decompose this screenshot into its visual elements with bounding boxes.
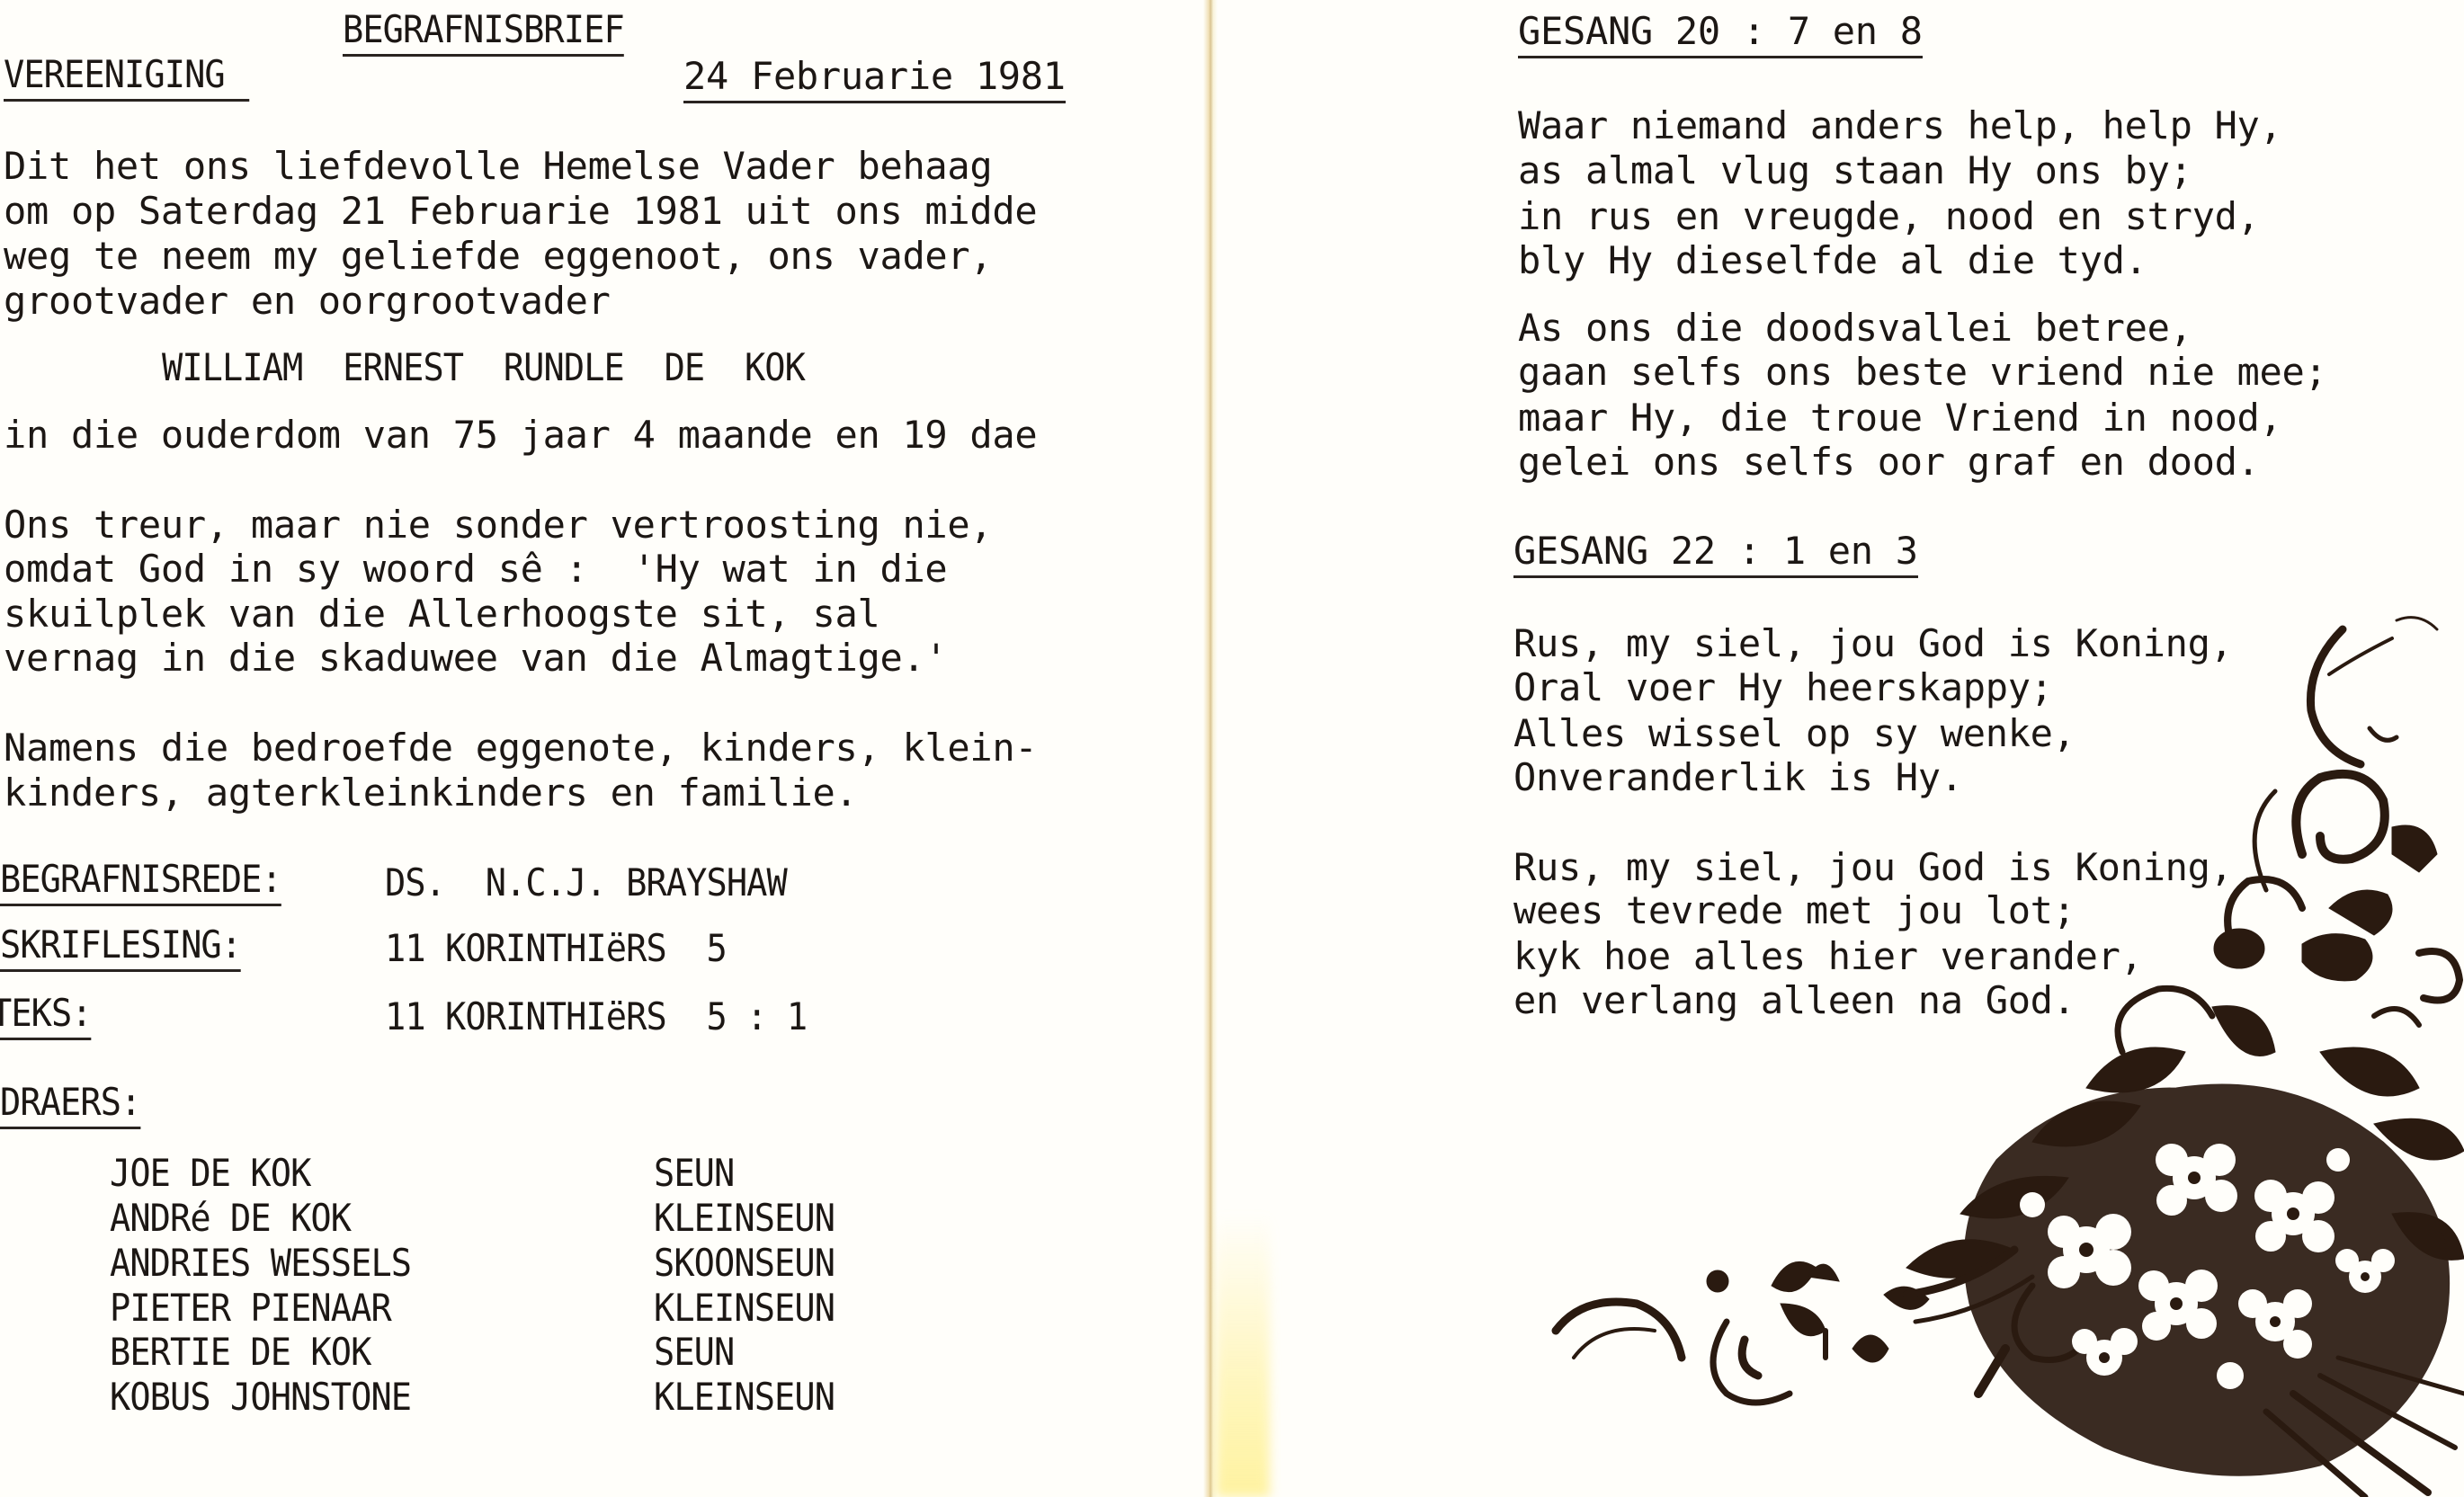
intro-line: grootvader en oorgrootvader [4,279,611,324]
hymn-title: GESANG 20 : 7 en 8 [1518,9,1923,58]
hymn-line: As ons die doodsvallei betree, [1518,306,2192,351]
bearer-relation: KLEINSEUN [654,1286,835,1331]
hymn-line: maar Hy, die troue Vriend in nood, [1518,396,2282,441]
family-line: Namens die bedroefde eggenote, kinders, … [4,726,1037,771]
bearer-name: ANDRIES WESSELS [110,1241,411,1286]
bearer-name: PIETER PIENAAR [110,1286,391,1331]
comfort-line: vernag in die skaduwee van die Almagtige… [4,636,947,681]
hymn-line: bly Hy dieselfde al die tyd. [1518,238,2147,283]
officiant-value: DS. N.C.J. BRAYSHAW [385,860,787,905]
floral-ornament-icon [1529,584,2464,1497]
hymn-line: gaan selfs ons beste vriend nie mee; [1518,350,2327,395]
bearer-relation: SEUN [654,1151,734,1196]
comfort-line: skuilplek van die Allerhoogste sit, sal [4,592,879,637]
comfort-line: omdat God in sy woord sê : 'Hy wat in di… [4,547,947,592]
hymn-line: Waar niemand anders help, help Hy, [1518,103,2282,148]
comfort-line: Ons treur, maar nie sonder vertroosting … [4,503,992,548]
bearer-relation: SKOONSEUN [654,1241,835,1286]
left-page: BEGRAFNISBRIEF VEREENIGING 24 Februarie … [0,0,1210,1497]
letter-title: BEGRAFNISBRIEF [343,7,624,57]
text-label: TEKS: [0,991,92,1040]
bearer-name: JOE DE KOK [110,1151,310,1196]
intro-line: Dit het ons liefdevolle Hemelse Vader be… [4,144,992,189]
hymn-line: gelei ons selfs oor graf en dood. [1518,440,2260,485]
bearer-relation: KLEINSEUN [654,1375,835,1420]
bearer-name: ANDRé DE KOK [110,1196,351,1241]
age-line: in die ouderdom van 75 jaar 4 maande en … [4,413,1037,458]
hymn-line: as almal vlug staan Hy ons by; [1518,148,2192,193]
hymn-line: in rus en vreugde, nood en stryd, [1518,194,2260,239]
letter-date: 24 Februarie 1981 [683,54,1066,103]
scripture-label: SKRIFLESING: [0,922,241,972]
intro-line: weg te neem my geliefde eggenoot, ons va… [4,234,992,279]
officiant-label: BEGRAFNISREDE: [0,857,281,906]
bearers-label: DRAERS: [0,1080,140,1129]
bearer-name: KOBUS JOHNSTONE [110,1375,411,1420]
family-line: kinders, agterkleinkinders en familie. [4,771,857,815]
bearer-relation: SEUN [654,1330,734,1375]
bearer-relation: KLEINSEUN [654,1196,835,1241]
intro-line: om op Saterdag 21 Februarie 1981 uit ons… [4,189,1037,234]
hymn-title: GESANG 22 : 1 en 3 [1513,529,1918,578]
deceased-name: WILLIAM ERNEST RUNDLE DE KOK [162,345,805,390]
text-value: 11 KORINTHIëRS 5 : 1 [385,994,807,1039]
bearer-name: BERTIE DE KOK [110,1330,370,1375]
place-name: VEREENIGING [4,52,249,102]
scripture-value: 11 KORINTHIëRS 5 [385,926,727,971]
